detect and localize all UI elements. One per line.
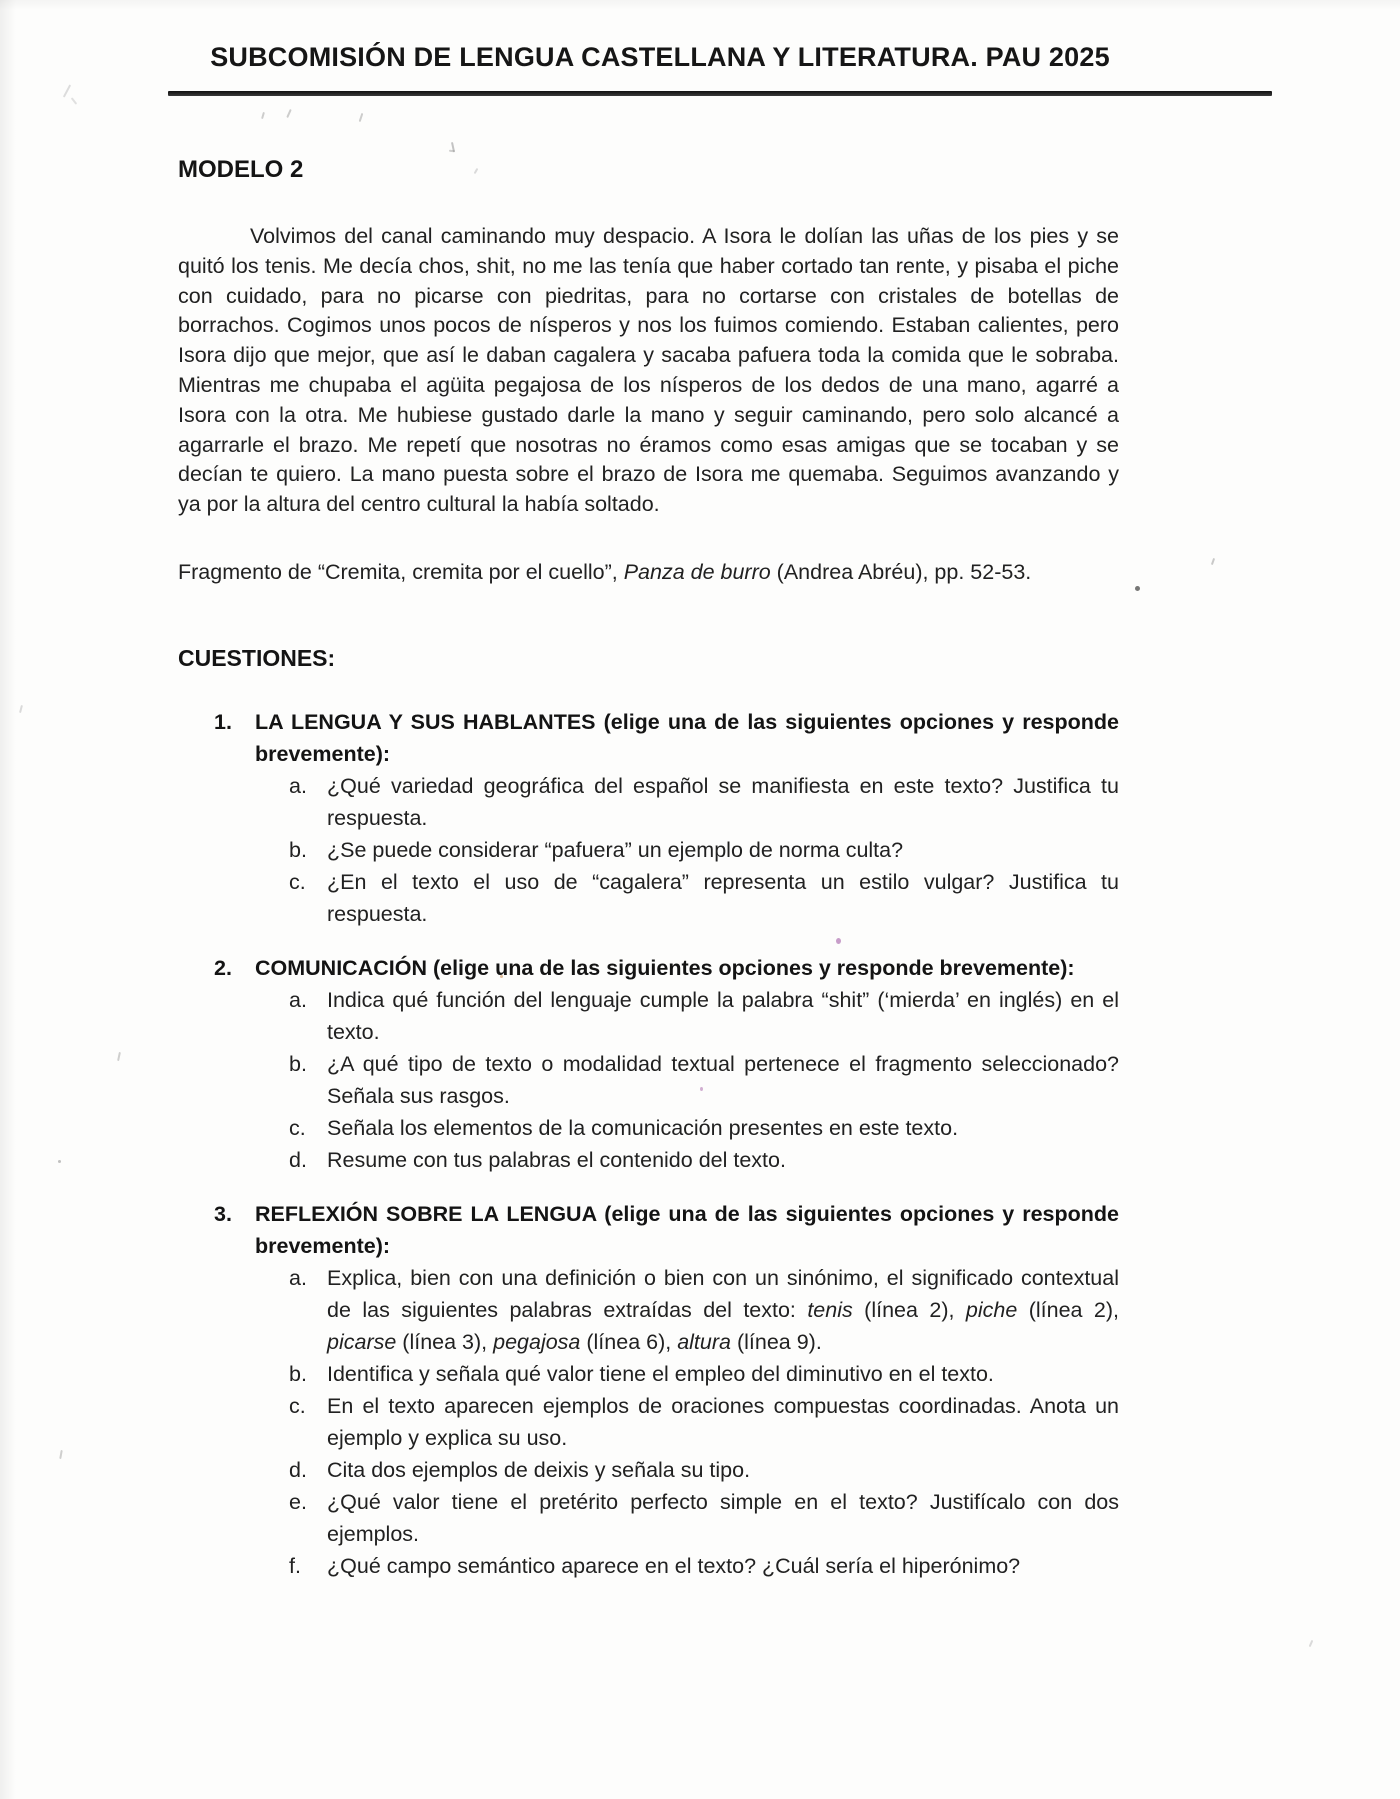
item-text: ¿Se puede considerar “pafuera” un ejempl… [327, 834, 1119, 866]
scan-mark [700, 1087, 703, 1091]
question-item: e. ¿Qué valor tiene el pretérito perfect… [289, 1486, 1119, 1550]
attribution-line: Fragmento de “Cremita, cremita por el cu… [178, 560, 1168, 585]
question-item: b. Identifica y señala qué valor tiene e… [289, 1358, 1119, 1390]
header-divider-rule [168, 91, 1272, 96]
scan-mark [1309, 1640, 1314, 1647]
item-text: Resume con tus palabras el contenido del… [327, 1144, 1119, 1176]
scan-mark [261, 112, 265, 119]
question-2-number: 2. [214, 952, 255, 984]
question-item: a. Explica, bien con una definición o bi… [289, 1262, 1119, 1358]
question-3-heading-row: 3. REFLEXIÓN SOBRE LA LENGUA (elige una … [214, 1198, 1119, 1262]
question-block-1: 1. LA LENGUA Y SUS HABLANTES (elige una … [214, 706, 1119, 930]
scan-mark [19, 705, 23, 713]
item-letter: c. [289, 1390, 327, 1454]
question-item: b. ¿Se puede considerar “pafuera” un eje… [289, 834, 1119, 866]
item-letter: e. [289, 1486, 327, 1550]
passage-text: Volvimos del canal caminando muy despaci… [178, 222, 1119, 520]
question-1-heading-row: 1. LA LENGUA Y SUS HABLANTES (elige una … [214, 706, 1119, 770]
scanner-edge-shadow-top [0, 0, 1400, 10]
scan-mark [1211, 558, 1215, 565]
question-2-items: a. Indica qué función del lenguaje cumpl… [289, 984, 1119, 1176]
item-text: ¿En el texto el uso de “cagalera” repres… [327, 866, 1119, 930]
question-block-3: 3. REFLEXIÓN SOBRE LA LENGUA (elige una … [214, 1198, 1119, 1582]
question-item: d. Cita dos ejemplos de deixis y señala … [289, 1454, 1119, 1486]
question-2-heading-row: 2. COMUNICACIÓN (elige una de las siguie… [214, 952, 1119, 984]
item-text: Indica qué función del lenguaje cumple l… [327, 984, 1119, 1048]
item-text: Explica, bien con una definición o bien … [327, 1262, 1119, 1358]
item-letter: a. [289, 1262, 327, 1358]
scan-mark [71, 97, 78, 105]
question-item: c. Señala los elementos de la comunicaci… [289, 1112, 1119, 1144]
item-letter: b. [289, 1358, 327, 1390]
question-2-heading: COMUNICACIÓN (elige una de las siguiente… [255, 952, 1119, 984]
item-text: ¿A qué tipo de texto o modalidad textual… [327, 1048, 1119, 1112]
item-text: ¿Qué campo semántico aparece en el texto… [327, 1550, 1119, 1582]
item-letter: a. [289, 770, 327, 834]
item-text: Cita dos ejemplos de deixis y señala su … [327, 1454, 1119, 1486]
scan-mark [500, 975, 503, 978]
item-letter: c. [289, 866, 327, 930]
question-item: c. En el texto aparecen ejemplos de orac… [289, 1390, 1119, 1454]
item-letter: d. [289, 1454, 327, 1486]
question-block-2: 2. COMUNICACIÓN (elige una de las siguie… [214, 952, 1119, 1176]
question-1-items: a. ¿Qué variedad geográfica del español … [289, 770, 1119, 930]
question-3-heading: REFLEXIÓN SOBRE LA LENGUA (elige una de … [255, 1198, 1119, 1262]
question-item: a. ¿Qué variedad geográfica del español … [289, 770, 1119, 834]
item-text: Identifica y señala qué valor tiene el e… [327, 1358, 1119, 1390]
question-item: a. Indica qué función del lenguaje cumpl… [289, 984, 1119, 1048]
scanned-exam-page: SUBCOMISIÓN DE LENGUA CASTELLANA Y LITER… [0, 0, 1400, 1799]
question-3-items: a. Explica, bien con una definición o bi… [289, 1262, 1119, 1582]
document-title: SUBCOMISIÓN DE LENGUA CASTELLANA Y LITER… [110, 42, 1210, 73]
item-letter: a. [289, 984, 327, 1048]
item-letter: b. [289, 1048, 327, 1112]
scanner-edge-shadow-left [0, 0, 16, 1799]
model-label: MODELO 2 [178, 156, 303, 184]
scan-mark [58, 1160, 61, 1163]
scan-mark [836, 938, 841, 944]
item-letter: c. [289, 1112, 327, 1144]
item-letter: f. [289, 1550, 327, 1582]
item-text: ¿Qué variedad geográfica del español se … [327, 770, 1119, 834]
scan-mark [359, 113, 364, 122]
question-item: d. Resume con tus palabras el contenido … [289, 1144, 1119, 1176]
scan-mark [474, 168, 479, 174]
question-item: f. ¿Qué campo semántico aparece en el te… [289, 1550, 1119, 1582]
item-text: Señala los elementos de la comunicación … [327, 1112, 1119, 1144]
scan-mark [59, 1450, 63, 1459]
item-text: ¿Qué valor tiene el pretérito perfecto s… [327, 1486, 1119, 1550]
question-1-number: 1. [214, 706, 255, 770]
questions-list: 1. LA LENGUA Y SUS HABLANTES (elige una … [214, 706, 1119, 1582]
item-text: En el texto aparecen ejemplos de oracion… [327, 1390, 1119, 1454]
item-letter: b. [289, 834, 327, 866]
scan-mark [63, 84, 71, 97]
scan-mark [117, 1052, 121, 1061]
question-3-number: 3. [214, 1198, 255, 1262]
question-item: c. ¿En el texto el uso de “cagalera” rep… [289, 866, 1119, 930]
scan-mark [286, 109, 291, 118]
scan-mark [1135, 586, 1140, 591]
scan-mark [449, 150, 455, 153]
question-item: b. ¿A qué tipo de texto o modalidad text… [289, 1048, 1119, 1112]
question-1-heading: LA LENGUA Y SUS HABLANTES (elige una de … [255, 706, 1119, 770]
item-letter: d. [289, 1144, 327, 1176]
questions-section-label: CUESTIONES: [178, 645, 335, 672]
